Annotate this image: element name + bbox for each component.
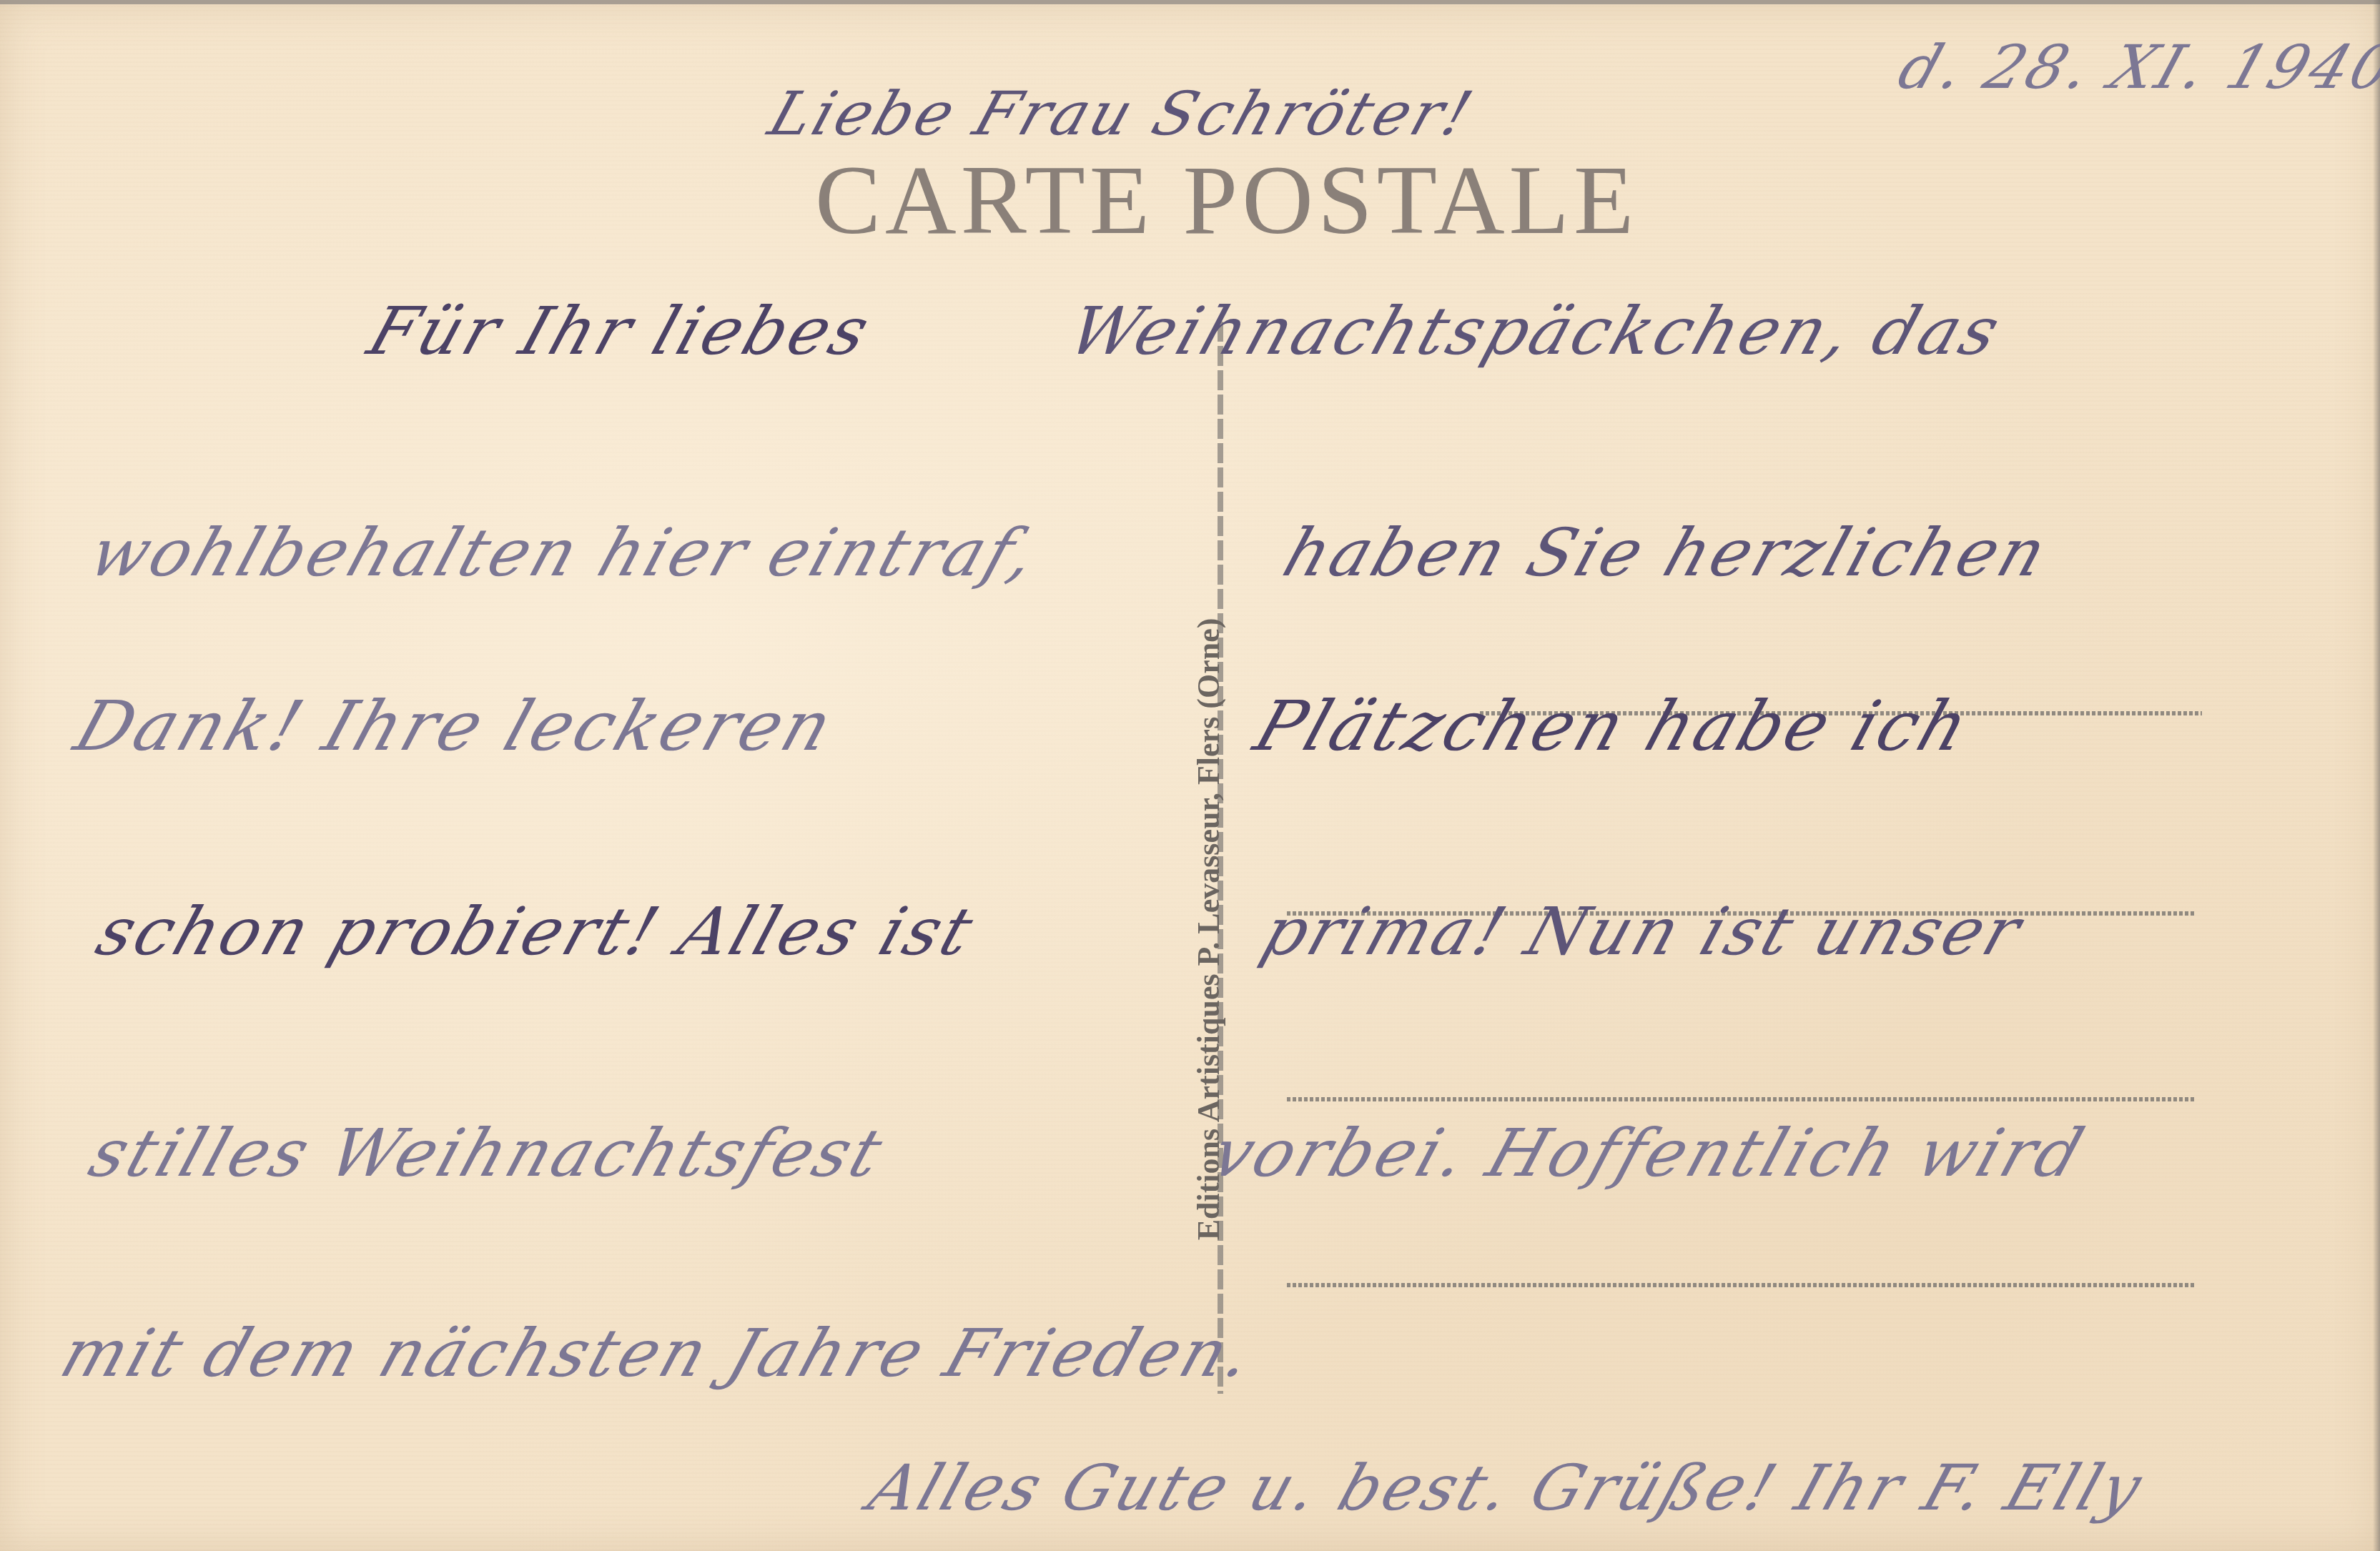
handwritten-salutation: Liebe Frau Schröter! <box>761 79 1483 149</box>
handwritten-date: d. 28. XI. 1940. <box>1890 32 2380 102</box>
handwritten-line-6: mit dem nächsten Jahre Frieden. <box>52 1315 1265 1392</box>
card-edge-right <box>2373 0 2380 1551</box>
handwritten-line-2: wohlbehalten hier eintraf, <box>81 515 1049 591</box>
handwritten-line-2-right: haben Sie herzlichen <box>1275 515 2058 591</box>
handwritten-line-5: stilles Weihnachtsfest <box>81 1115 894 1191</box>
handwritten-line-1-right: Weihnachtspäckchen, das <box>1060 293 2012 370</box>
handwritten-line-3: Dank! Ihre leckeren <box>66 686 844 766</box>
card-edge-top <box>0 0 2380 4</box>
printed-title: CARTE POSTALE <box>815 143 1638 257</box>
handwritten-line-3-right: Plätzchen habe ich <box>1245 686 1981 766</box>
address-line <box>1287 1097 2195 1101</box>
address-line <box>1287 1283 2195 1287</box>
publisher-imprint: Editions Artistiques P. Levasseur, Flers… <box>1190 536 1227 1322</box>
handwritten-line-4: schon probiert! Alles ist <box>88 893 985 970</box>
postcard-back: CARTE POSTALE Editions Artistiques P. Le… <box>0 0 2380 1551</box>
handwritten-closing-signature: Alles Gute u. best. Grüße! Ihr F. Elly <box>860 1451 2153 1525</box>
handwritten-line-5-right: vorbei. Hoffentlich wird <box>1203 1115 2095 1191</box>
handwritten-line-4-right: prima! Nun ist unser <box>1253 893 2033 970</box>
handwritten-line-1: Für Ihr liebes <box>360 293 882 370</box>
